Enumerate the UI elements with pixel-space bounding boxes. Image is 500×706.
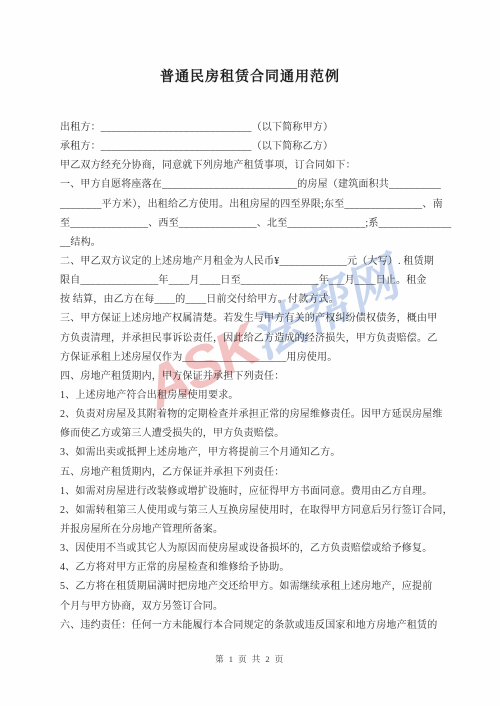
line-clause2-a: 二、甲乙双方议定的上述房地产月租金为人民币¥_____________元（大写）… [60, 252, 443, 271]
line-clause1-c: 至_______________、西至_______________、北至___… [60, 214, 443, 233]
line-clause1-a: 一、甲方自愿将座落在__________________________的房屋（… [60, 175, 443, 194]
line-lessee-party: 承租方：_____________________________（以下简称乙方… [60, 137, 443, 156]
line-clause3-a: 三、甲方保证上述房地产权属清楚。若发生与甲方有关的产权纠纷债权债务，概由甲 [60, 309, 443, 328]
contract-document-page: ASK法帮网 普通民房租赁合同通用范例 出租方：________________… [0, 0, 500, 706]
line-clause5-item1: 1、如需对房屋进行改装修或增扩设施时，应征得甲方书面同意。费用由乙方自理。 [60, 482, 443, 501]
line-clause5-heading: 五、房地产租赁期内，乙方保证并承担下列责任： [60, 463, 443, 482]
line-clause1-b: ________平方米），出租给乙方使用。出租房屋的四至界限;东至_______… [60, 195, 443, 214]
line-preamble: 甲乙双方经充分协商，同意就下列房地产租赁事项，订合同如下： [60, 156, 443, 175]
line-clause5-item3: 3、因使用不当或其它人为原因而使房屋或设备损坏的，乙方负责赔偿或给予修复。 [60, 539, 443, 558]
line-clause5-item5-a: 5、乙方将在租赁期届满时把房地产交还给甲方。如需继续承租上述房地产，应提前 [60, 577, 443, 596]
line-clause1-d: __结构。 [60, 233, 443, 252]
line-clause5-item2-b: 并报房屋所在分房地产管理所备案。 [60, 520, 443, 539]
line-clause3-c: 方保证承租上述房屋仅作为____________________用房使用。 [60, 348, 443, 367]
document-title: 普通民房租赁合同通用范例 [0, 66, 500, 86]
page-number: 第 1 页 共 2 页 [0, 653, 500, 665]
line-clause5-item4: 4、乙方将对甲方正常的房屋检查和维修给予协助。 [60, 558, 443, 577]
line-clause3-b: 方负责清理，并承担民事诉讼责任，因此给乙方造成的经济损失，甲方负责赔偿。乙 [60, 329, 443, 348]
line-clause4-item2-a: 2、负责对房屋及其附着物的定期检查并承担正常的房屋维修责任。因甲方延误房屋维 [60, 405, 443, 424]
line-clause4-item1: 1、上述房地产符合出租房屋使用要求。 [60, 386, 443, 405]
line-clause4-item3: 3、如需出卖或抵押上述房地产，甲方将提前三个月通知乙方。 [60, 443, 443, 462]
line-clause4-heading: 四、房地产租赁期内，甲方保证并承担下列责任： [60, 367, 443, 386]
line-clause4-item2-b: 修而使乙方或第三人遭受损失的，甲方负责赔偿。 [60, 424, 443, 443]
line-clause5-item2-a: 2、如需转租第三人使用或与第三人互换房屋使用时，在取得甲方同意后另行签订合同， [60, 501, 443, 520]
contract-body: 出租方：_____________________________（以下简称甲方… [60, 118, 443, 635]
line-clause2-c: 按 结算，由乙方在每____的____日前交付给甲方。付款方式。 [60, 290, 443, 309]
line-clause2-b: 限自_______________年____月____日至___________… [60, 271, 443, 290]
line-lessor-party: 出租方：_____________________________（以下简称甲方… [60, 118, 443, 137]
line-clause5-item5-b: 个月与甲方协商，双方另签订合同。 [60, 597, 443, 616]
line-clause6-heading: 六、违约责任：任何一方未能履行本合同规定的条款或违反国家和地方房地产租赁的 [60, 616, 443, 635]
